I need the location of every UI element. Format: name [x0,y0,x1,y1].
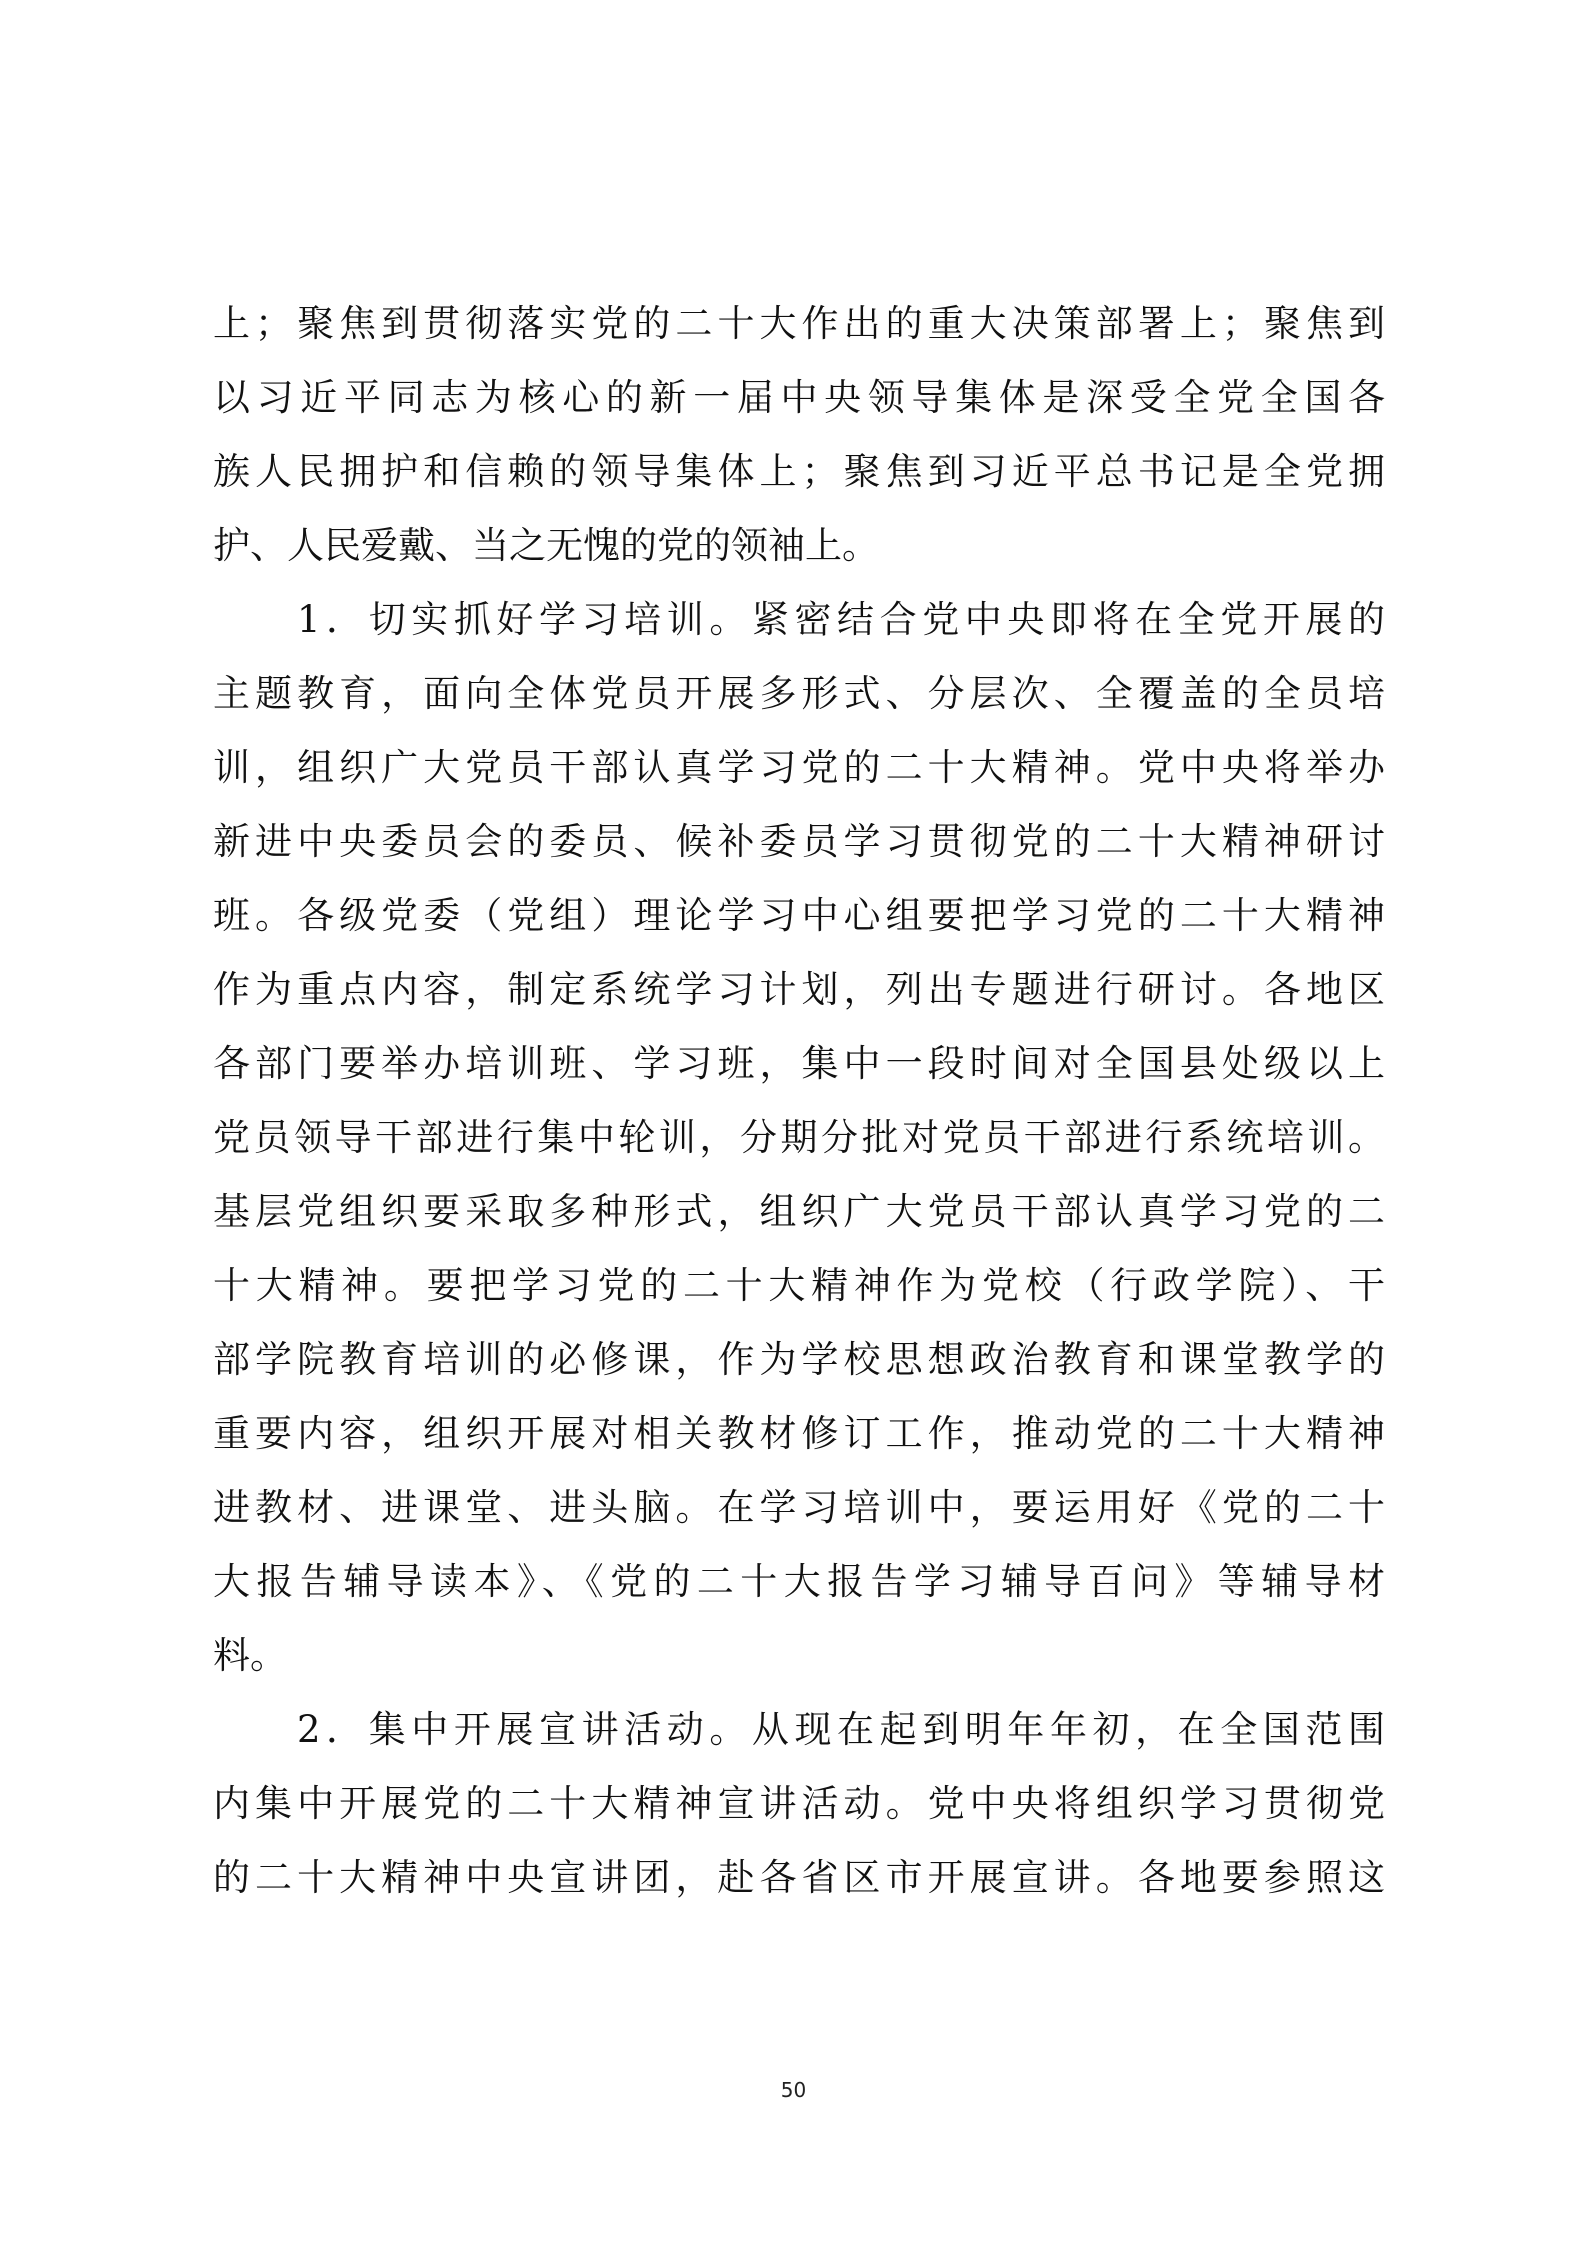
paragraph-continuation: 上；聚焦到贯彻落实党的二十大作出的重大决策部署上；聚焦到 以习近平同志为核心的新… [213,287,1385,583]
text-line: 班。各级党委（党组）理论学习中心组要把学习党的二十大精神 [213,879,1385,953]
text-line: 2．集中开展宣讲活动。从现在起到明年年初，在全国范围 [213,1693,1385,1767]
paragraph-item-2-lectures: 2．集中开展宣讲活动。从现在起到明年年初，在全国范围 内集中开展党的二十大精神宣… [213,1693,1385,1915]
document-page: 上；聚焦到贯彻落实党的二十大作出的重大决策部署上；聚焦到 以习近平同志为核心的新… [0,0,1587,2245]
text-line: 1．切实抓好学习培训。紧密结合党中央即将在全党开展的 [213,583,1385,657]
text-line: 大报告辅导读本》、《党的二十大报告学习辅导百问》等辅导材 [213,1545,1385,1619]
text-line: 料。 [213,1619,1385,1693]
page-number: 50 [0,2078,1587,2102]
text-line: 的二十大精神中央宣讲团，赴各省区市开展宣讲。各地要参照这 [213,1841,1385,1915]
text-line: 各部门要举办培训班、学习班，集中一段时间对全国县处级以上 [213,1027,1385,1101]
text-line: 主题教育，面向全体党员开展多形式、分层次、全覆盖的全员培 [213,657,1385,731]
text-line: 以习近平同志为核心的新一届中央领导集体是深受全党全国各 [213,361,1385,435]
text-line: 基层党组织要采取多种形式，组织广大党员干部认真学习党的二 [213,1175,1385,1249]
text-line: 部学院教育培训的必修课，作为学校思想政治教育和课堂教学的 [213,1323,1385,1397]
text-line: 党员领导干部进行集中轮训，分期分批对党员干部进行系统培训。 [213,1101,1385,1175]
text-line: 新进中央委员会的委员、候补委员学习贯彻党的二十大精神研讨 [213,805,1385,879]
text-line: 族人民拥护和信赖的领导集体上；聚焦到习近平总书记是全党拥 [213,435,1385,509]
text-line: 护、人民爱戴、当之无愧的党的领袖上。 [213,509,1385,583]
text-line: 作为重点内容，制定系统学习计划，列出专题进行研讨。各地区 [213,953,1385,1027]
text-line: 重要内容，组织开展对相关教材修订工作，推动党的二十大精神 [213,1397,1385,1471]
text-line: 进教材、进课堂、进头脑。在学习培训中，要运用好《党的二十 [213,1471,1385,1545]
paragraph-item-1-study-training: 1．切实抓好学习培训。紧密结合党中央即将在全党开展的 主题教育，面向全体党员开展… [213,583,1385,1693]
text-line: 内集中开展党的二十大精神宣讲活动。党中央将组织学习贯彻党 [213,1767,1385,1841]
page-body: 上；聚焦到贯彻落实党的二十大作出的重大决策部署上；聚焦到 以习近平同志为核心的新… [213,287,1385,1915]
text-line: 十大精神。要把学习党的二十大精神作为党校（行政学院）、干 [213,1249,1385,1323]
text-line: 训，组织广大党员干部认真学习党的二十大精神。党中央将举办 [213,731,1385,805]
text-line: 上；聚焦到贯彻落实党的二十大作出的重大决策部署上；聚焦到 [213,287,1385,361]
